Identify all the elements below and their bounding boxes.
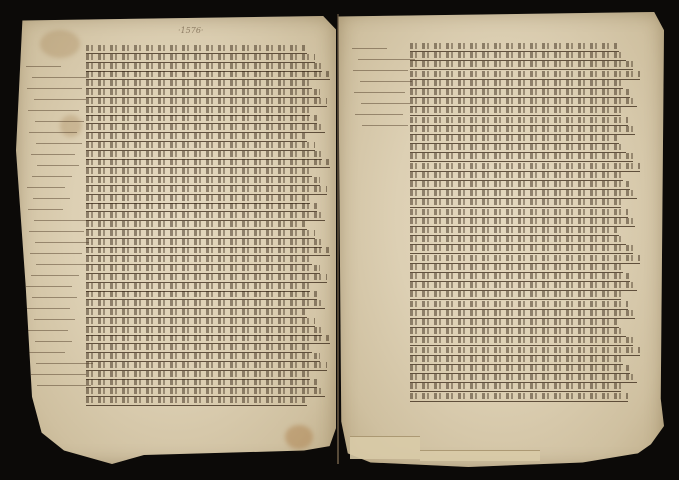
handwritten-line (410, 392, 628, 402)
margin-note-line (34, 214, 91, 221)
margin-note-line (27, 181, 66, 188)
margin-note-line (362, 119, 408, 126)
torn-paper-edge (350, 436, 420, 459)
margin-note-line (31, 368, 87, 375)
margin-note-line (26, 60, 61, 67)
margin-note-line (37, 379, 91, 386)
water-stain (40, 30, 80, 58)
margin-note-line (361, 97, 410, 104)
torn-paper-edge (420, 450, 540, 461)
margin-note-line (34, 93, 87, 100)
margin-note-line (29, 126, 77, 133)
margin-note-line (34, 313, 75, 320)
margin-note-line (35, 236, 88, 243)
margin-note-line (36, 137, 82, 144)
margin-note-line (27, 82, 82, 89)
margin-note-line (27, 302, 70, 309)
margin-note-line (360, 75, 413, 82)
margin-note-line (29, 225, 84, 232)
margin-note-line (31, 269, 79, 276)
margin-note-line (28, 203, 63, 210)
margin-note-line (355, 108, 403, 115)
margin-note-line (352, 42, 387, 49)
margin-note-line (29, 346, 65, 353)
margin-note-line (36, 258, 86, 265)
folio-number: ·1576· (178, 26, 203, 35)
left-page-text (86, 44, 332, 404)
margin-note-line (35, 335, 73, 342)
margin-note-line (358, 53, 414, 60)
margin-note-line (32, 71, 88, 78)
margin-note-line (30, 247, 82, 254)
margin-note-line (31, 148, 75, 155)
margin-note-line (26, 280, 72, 287)
handwritten-line (86, 396, 307, 406)
left-page-margin-notes (26, 60, 84, 390)
margin-note-line (36, 357, 93, 364)
margin-note-line (35, 115, 84, 122)
margin-note-line (28, 104, 79, 111)
margin-note-line (353, 64, 408, 71)
water-stain (285, 425, 313, 449)
margin-note-line (32, 170, 73, 177)
right-page-margin-notes (352, 42, 410, 132)
margin-note-line (37, 159, 79, 166)
margin-note-line (32, 291, 77, 298)
margin-note-line (28, 324, 67, 331)
margin-note-line (33, 192, 70, 199)
margin-note-line (354, 86, 405, 93)
page-gutter (337, 14, 339, 464)
right-page-text (410, 42, 642, 402)
